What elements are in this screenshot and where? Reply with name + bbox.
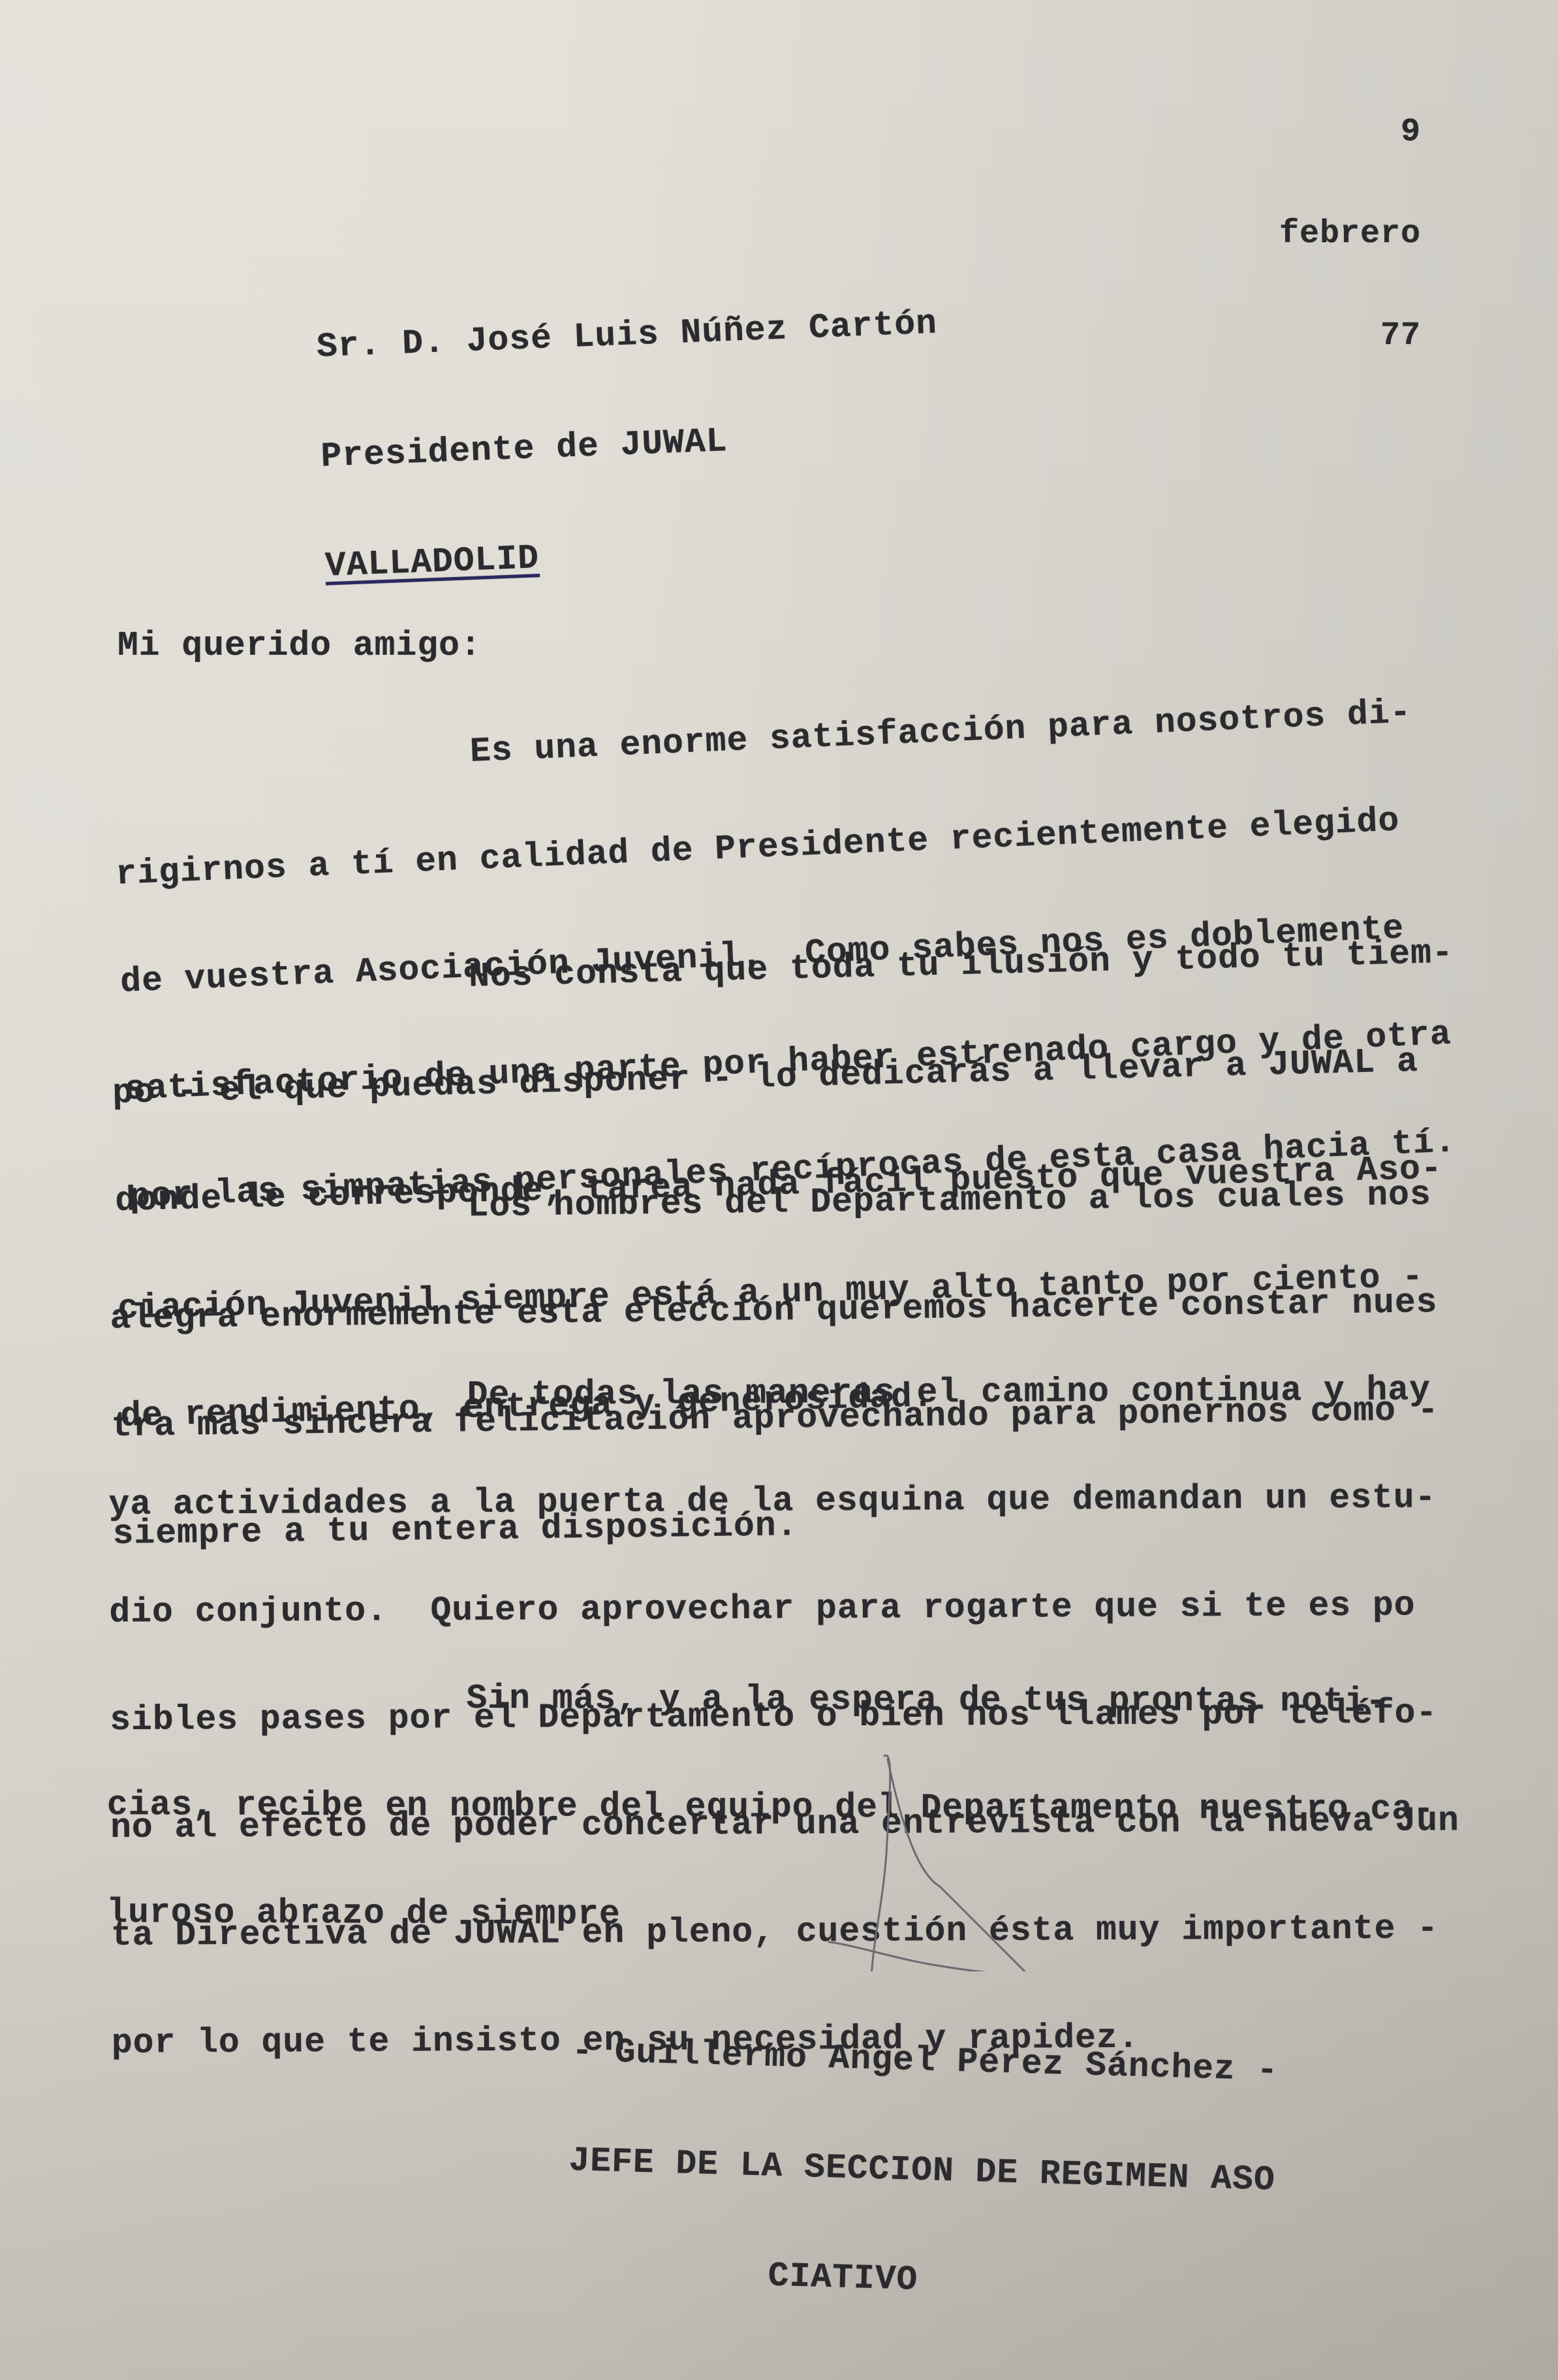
handwritten-signature-icon — [803, 1723, 1090, 1971]
paragraph-line: De todas las maneras el camino continua … — [108, 1371, 1457, 1417]
paragraph-line: ya actividades a la puerta de la esquina… — [108, 1479, 1457, 1524]
signer-name: - Guillermo Angel Pérez Sánchez - — [571, 2031, 1279, 2091]
paragraph-line: Sin más, y a la espera de tus prontas no… — [107, 1678, 1435, 1721]
signer-title: JEFE DE LA SECCION DE REGIMEN ASO — [569, 2140, 1276, 2200]
paragraph-line: luroso abrazo de siempre — [106, 1894, 1434, 1937]
recipient-name: Sr. D. José Luis Núñez Cartón — [316, 303, 938, 367]
recipient-address: Sr. D. José Luis Núñez Cartón Presidente… — [313, 234, 948, 621]
signer-title-continued: CIATIVO — [565, 2250, 1273, 2310]
recipient-role: Presidente de JUWAL — [320, 413, 943, 477]
signoff-block: - Guillermo Angel Pérez Sánchez - JEFE D… — [564, 1962, 1281, 2345]
paragraph-line: po - el que puedas disponer - lo dedicar… — [112, 1042, 1457, 1113]
recipient-city: VALLADOLID — [324, 539, 540, 586]
date-year: 77 — [1279, 320, 1421, 352]
paragraph-line: Los hombres del Departamento a los cuale… — [108, 1176, 1436, 1230]
paragraph: Sin más, y a la espera de tus prontas no… — [106, 1609, 1435, 2006]
salutation: Mi querido amigo: — [117, 629, 482, 663]
paragraph-line: Nos consta que toda tu ilusión y todo tu… — [110, 934, 1454, 1005]
paragraph-line: cias, recibe en nombre del equipo del De… — [107, 1786, 1435, 1829]
date-month: febrero — [1279, 218, 1421, 251]
paragraph-line: Es una enorme satisfacción para nosotros… — [110, 693, 1439, 787]
letter-body: Es una enorme satisfacción para nosotros… — [108, 0, 1446, 208]
